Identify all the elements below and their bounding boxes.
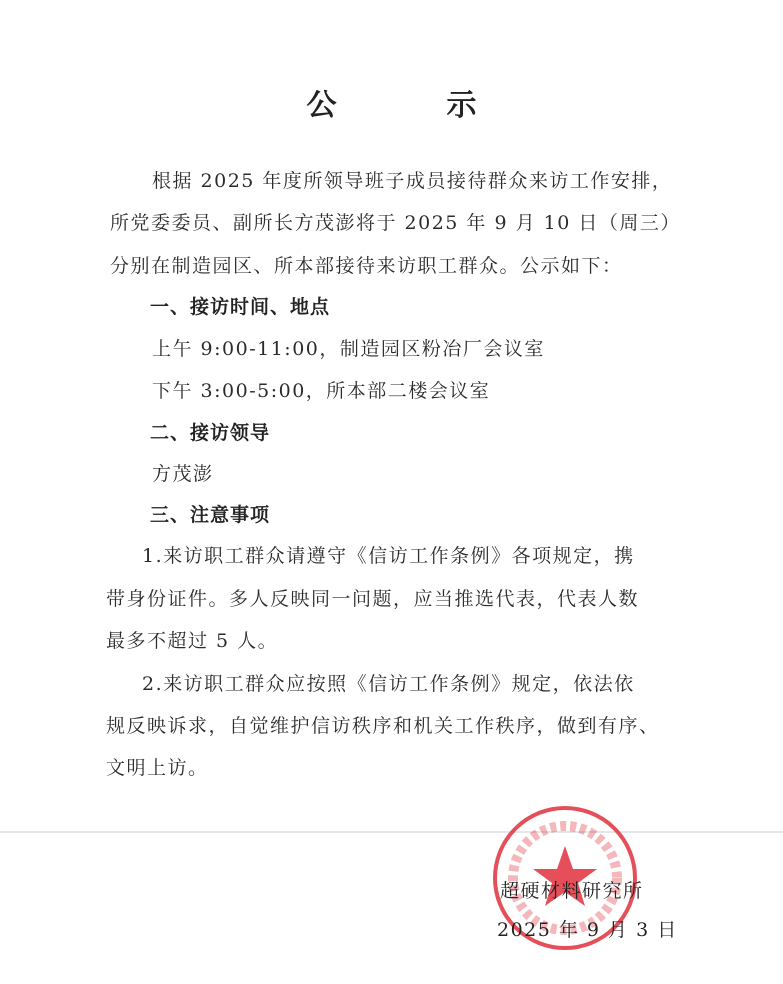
section-heading-notes: 三、注意事项 [150,500,270,527]
leader-name: 方茂澎 [152,459,214,486]
signature-org: 超硬材料研究所 [500,876,644,903]
scan-divider-line [0,831,783,833]
section-heading-time-place: 一、接访时间、地点 [150,292,330,319]
intro-line-2: 所党委委员、副所长方茂澎将于 2025 年 9 月 10 日（周三） [110,208,681,235]
schedule-morning: 上午 9:00-11:00，制造园区粉冶厂会议室 [152,334,545,361]
note-1-line-2: 带身份证件。多人反映同一问题，应当推选代表，代表人数 [106,584,639,611]
page-title: 公 示 [0,80,783,124]
note-1-line-3: 最多不超过 5 人。 [106,626,278,653]
schedule-afternoon: 下午 3:00-5:00，所本部二楼会议室 [152,376,490,403]
note-2-line-3: 文明上访。 [106,753,209,780]
note-2-line-1: 2.来访职工群众应按照《信访工作条例》规定，依法依 [142,669,635,696]
section-heading-leader: 二、接访领导 [150,418,270,445]
note-1-line-1: 1.来访职工群众请遵守《信访工作条例》各项规定，携 [142,541,635,568]
note-2-line-2: 规反映诉求，自觉维护信访秩序和机关工作秩序，做到有序、 [106,711,660,738]
intro-line-1: 根据 2025 年度所领导班子成员接待群众来访工作安排， [152,166,672,193]
intro-line-3: 分别在制造园区、所本部接待来访职工群众。公示如下： [110,251,623,278]
signature-date: 2025 年 9 月 3 日 [497,915,678,942]
